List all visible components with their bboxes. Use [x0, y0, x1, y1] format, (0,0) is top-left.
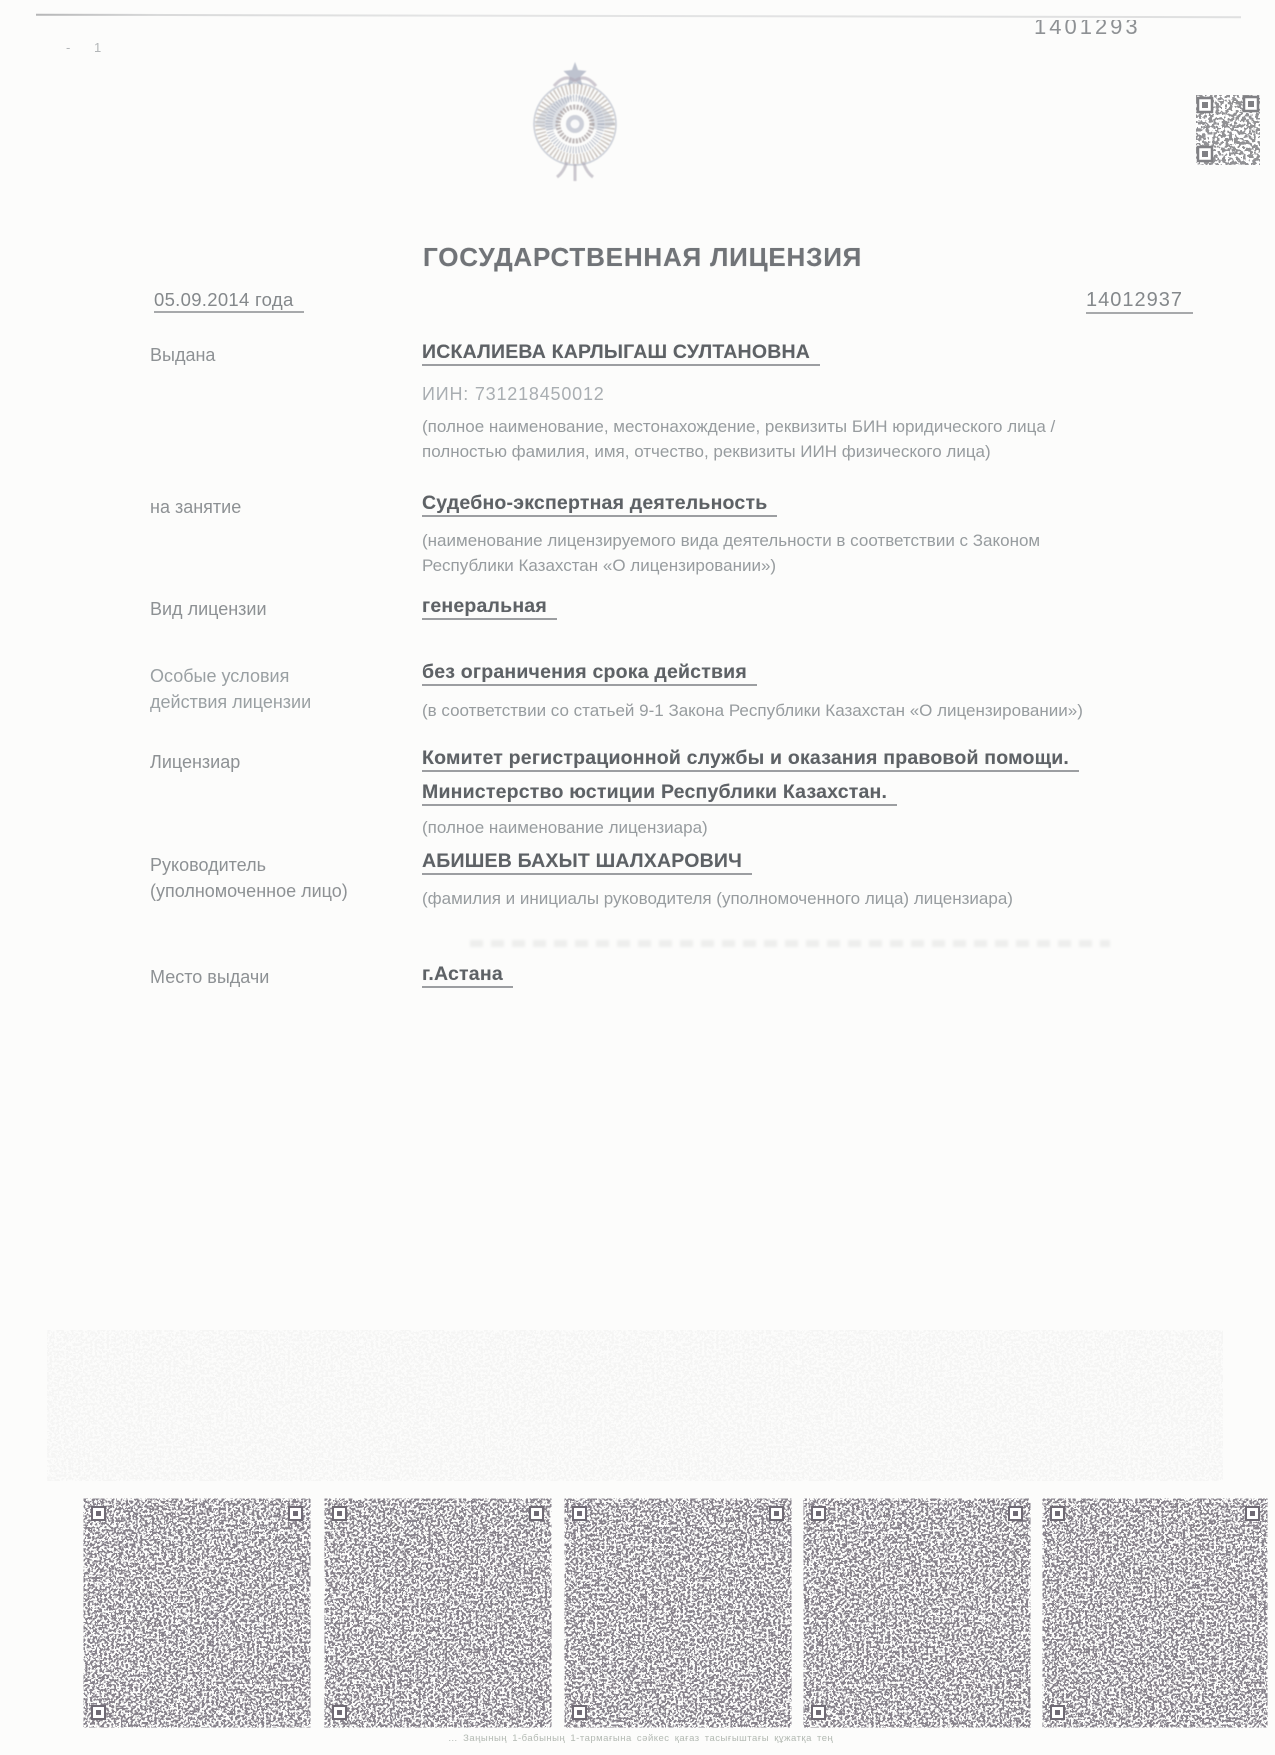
field-special-conditions-note: (в соответствии со статьей 9-1 Закона Ре…: [422, 701, 1083, 721]
top-serial-number: 1401293: [1034, 20, 1141, 44]
field-issued-note-line1: (полное наименование, местонахождение, р…: [422, 417, 1055, 437]
field-licensor-value-line2: Министерство юстиции Республики Казахста…: [422, 781, 897, 804]
faint-noise-band: [70, 1333, 1200, 1478]
field-activity-label: на занятие: [150, 497, 241, 518]
license-document-page: - 1 1401293: [0, 0, 1275, 1755]
signature-barcode: [1047, 1503, 1263, 1723]
field-issued-label: Выдана: [150, 345, 215, 366]
issue-date: 05.09.2014 года: [154, 289, 304, 311]
field-issued-iin: ИИН: 731218450012: [422, 384, 605, 405]
field-activity-value: Судебно-экспертная деятельность: [422, 492, 777, 515]
field-issued-value: ИСКАЛИЕВА КАРЛЫГАШ СУЛТАНОВНА: [422, 341, 820, 364]
signature-barcode: [569, 1503, 787, 1723]
field-place-label: Место выдачи: [150, 967, 269, 988]
signature-barcode-strip: [0, 1325, 1275, 1745]
field-activity-note-line1: (наименование лицензируемого вида деятел…: [422, 531, 1040, 551]
corner-pencil-mark: - 1: [66, 40, 111, 55]
field-activity-note-line2: Республики Казахстан «О лицензировании»): [422, 556, 776, 576]
field-license-type-label: Вид лицензии: [150, 599, 267, 620]
field-license-type-value: генеральная: [422, 595, 557, 618]
signature-barcode: [88, 1503, 306, 1723]
field-head-note: (фамилия и инициалы руководителя (уполно…: [422, 889, 1013, 909]
kazakhstan-emblem-icon: [512, 58, 638, 188]
field-licensor-note: (полное наименование лицензиара): [422, 818, 708, 838]
faded-text-remnant: [470, 940, 1110, 947]
field-special-conditions-label-line1: Особые условия: [150, 666, 289, 687]
field-head-label-line1: Руководитель: [150, 855, 266, 876]
field-special-conditions-value: без ограничения срока действия: [422, 661, 757, 684]
field-special-conditions-label-line2: действия лицензии: [150, 692, 311, 713]
scan-edge-line: [36, 14, 1241, 19]
signature-barcode: [329, 1503, 547, 1723]
footer-legal-note: … Заңының 1-бабының 1-тармағына сәйкес қ…: [448, 1733, 833, 1744]
field-licensor-label: Лицензиар: [150, 752, 240, 773]
field-place-value: г.Астана: [422, 963, 513, 986]
qr-code-icon: [1196, 95, 1260, 165]
field-licensor-value-line1: Комитет регистрационной службы и оказани…: [422, 747, 1079, 770]
license-number: 14012937: [1086, 289, 1193, 312]
field-head-value: АБИШЕВ БАХЫТ ШАЛХАРОВИЧ: [422, 850, 752, 873]
page-title: ГОСУДАРСТВЕННАЯ ЛИЦЕНЗИЯ: [423, 242, 862, 273]
signature-barcode: [808, 1503, 1026, 1723]
field-issued-note-line2: полностью фамилия, имя, отчество, реквиз…: [422, 442, 991, 462]
field-head-label-line2: (уполномоченное лицо): [150, 881, 348, 902]
